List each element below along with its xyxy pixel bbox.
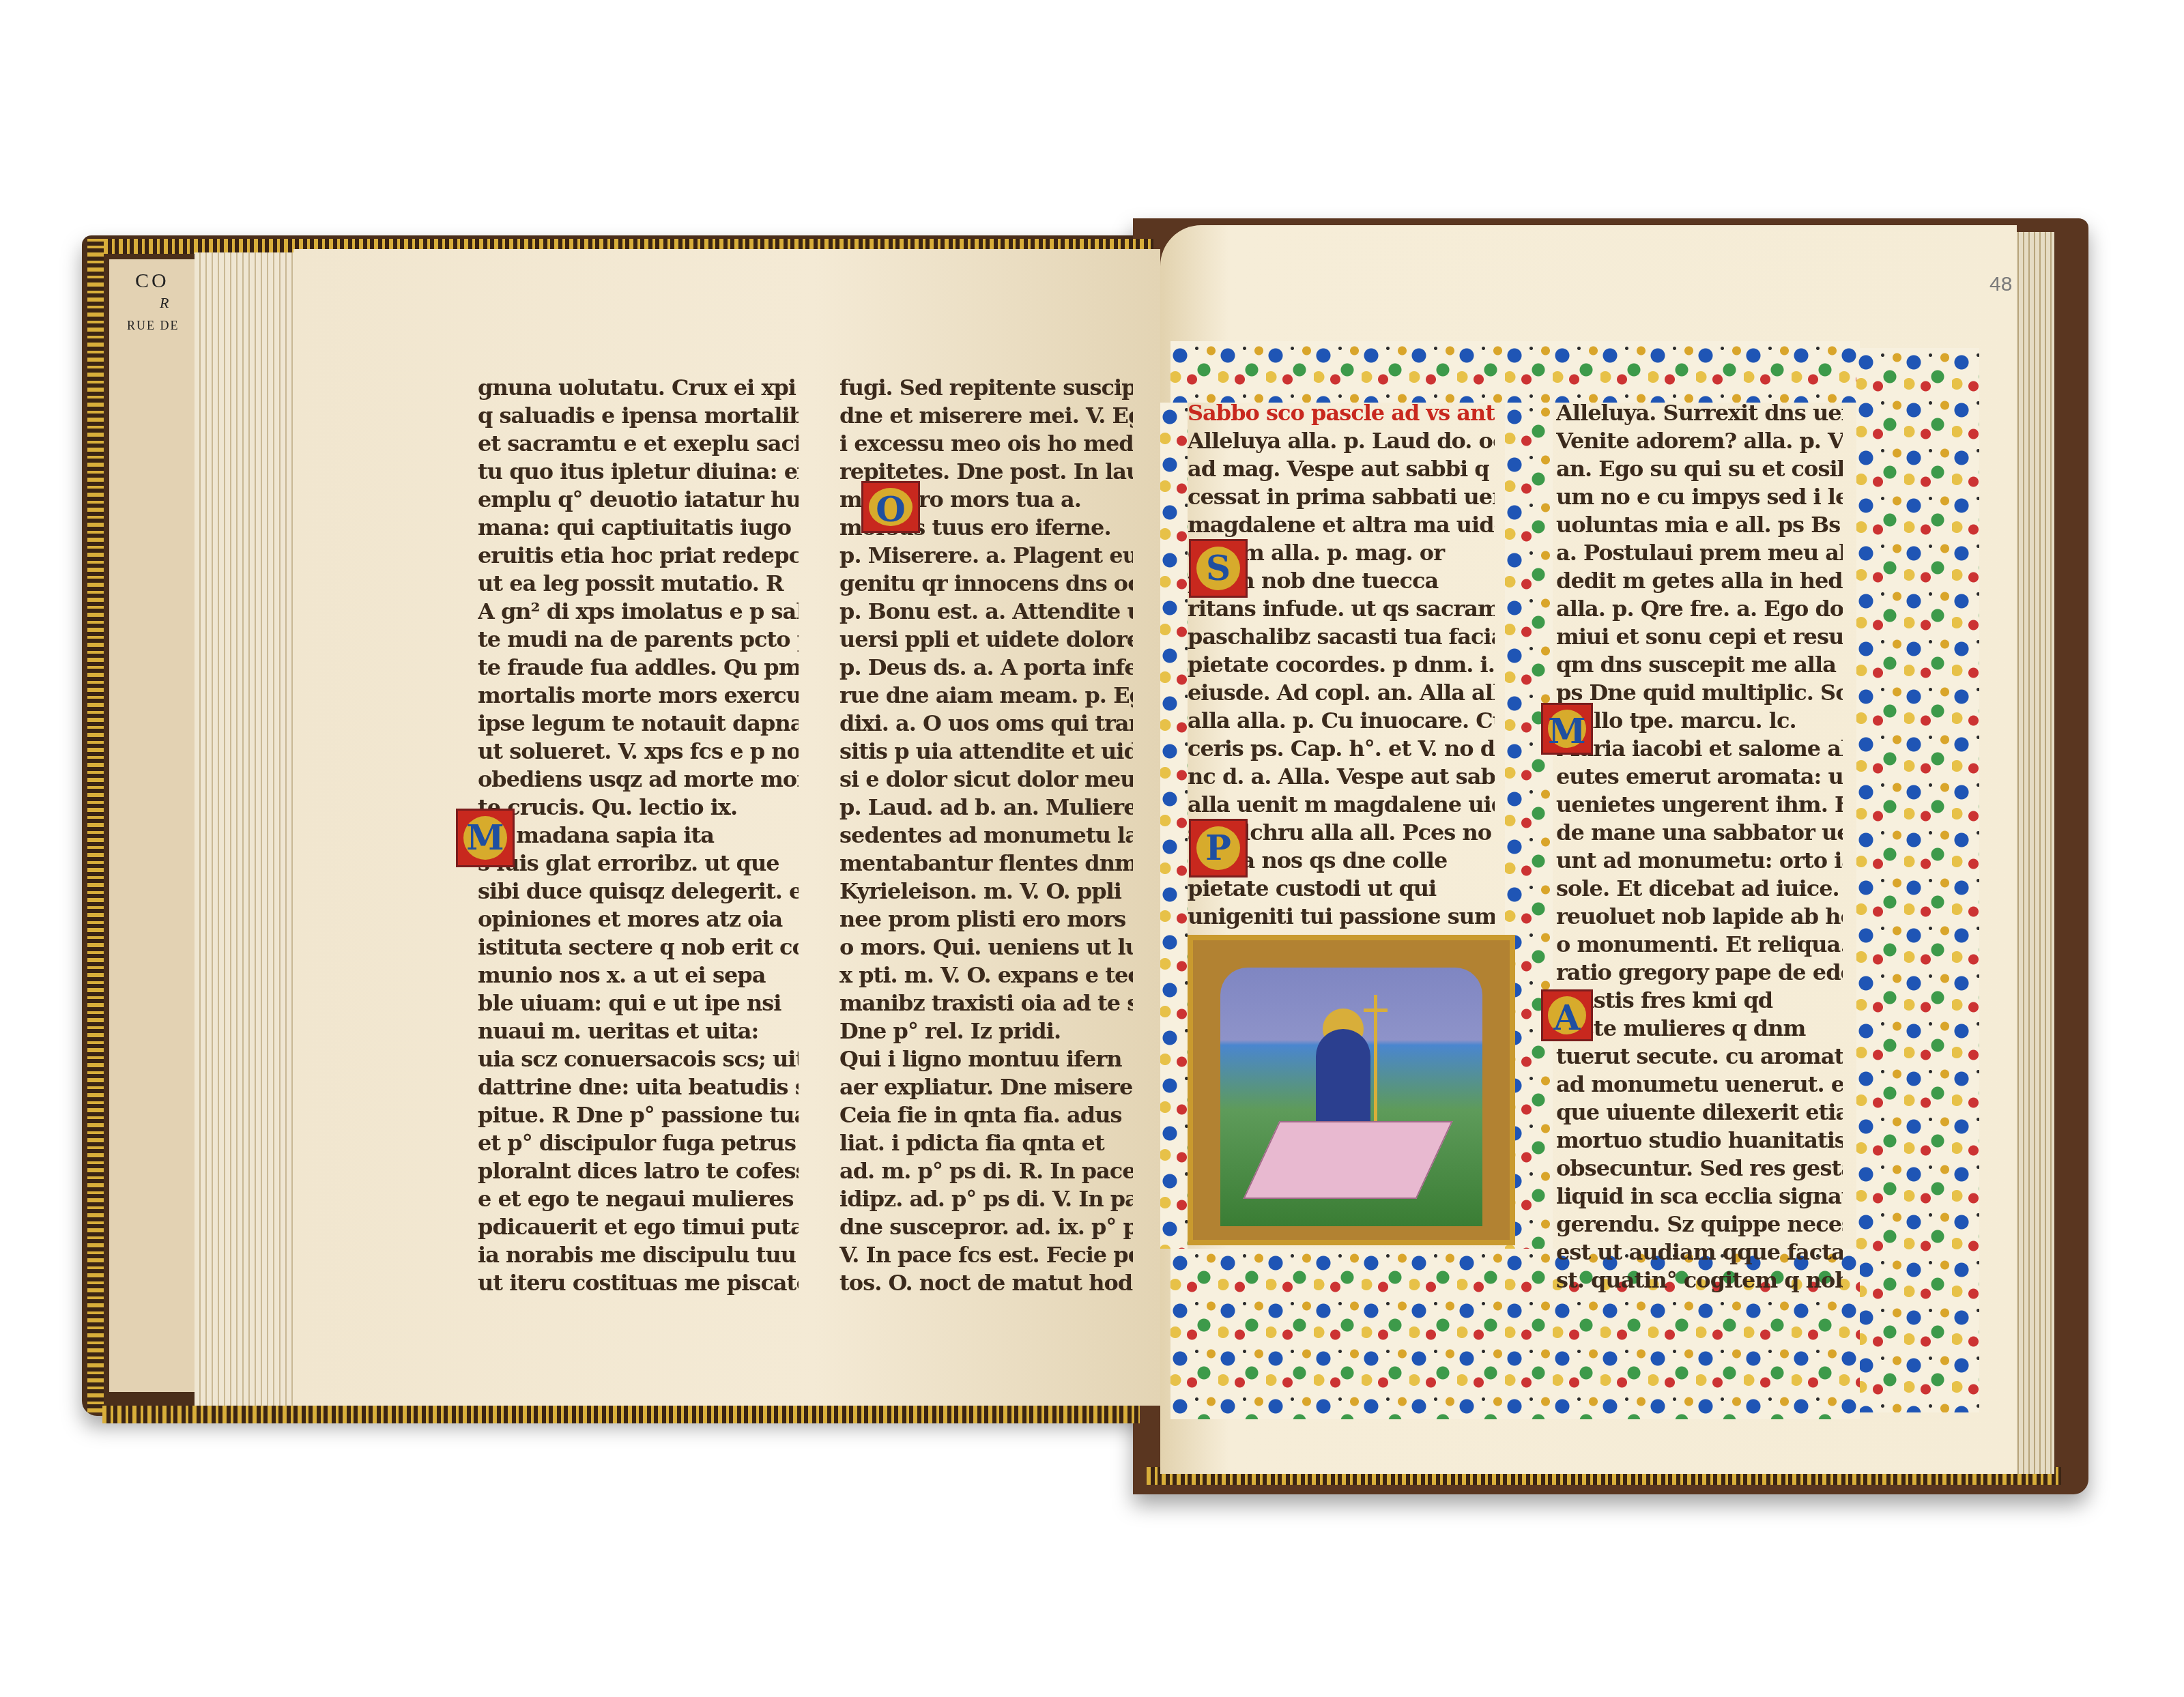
- right-page-column-1: Sabbo sco pascle ad vs antAlleluya alla.…: [1188, 399, 1495, 987]
- floral-border-top: [1170, 341, 1860, 403]
- text-line: dattrine dne: uita beatudis se: [478, 1073, 799, 1101]
- text-line: qm dns suscepit me alla all.: [1556, 651, 1843, 679]
- page-edges-right: [2013, 232, 2054, 1474]
- text-line: tos. O. noct de matut hodie: [839, 1269, 1133, 1297]
- text-line: genitu qr innocens dns occisus e.: [839, 570, 1133, 598]
- text-line: nuaui m. ueritas et uita:: [478, 1017, 799, 1045]
- text-line: tu quo itus ipletur diuina: ex: [478, 458, 799, 486]
- text-line: uenietes ungerent ihm. Et val: [1556, 791, 1843, 819]
- text-line: nee prom plisti ero mors tua: [839, 905, 1133, 933]
- text-line: dne et miserere mei. V. Ego dixi: [839, 402, 1133, 430]
- text-line: um no e cu impys sed i lege do: [1556, 483, 1843, 511]
- text-line: cessat in prima sabbati uenit m: [1188, 483, 1495, 511]
- text-line: fugi. Sed repitente suscipe me: [839, 374, 1133, 402]
- text-line: gerendu. Sz quippe necesse: [1556, 1210, 1843, 1238]
- text-line: Dne p° rel. Iz pridi.: [839, 1017, 1133, 1045]
- text-line: an. Ego su qui su et cosiliu me: [1556, 455, 1843, 483]
- text-line: idipz. ad. p° ps di. V. In pace i: [839, 1185, 1133, 1213]
- decorated-initial-a: A: [1541, 989, 1593, 1041]
- text-line: ps Dne quid multiplic. Scdz: [1556, 679, 1843, 707]
- text-line: nc d. a. Alla. Vespe aut sabbi: [1188, 763, 1495, 791]
- text-line: obsecuntur. Sed res gesta a: [1556, 1155, 1843, 1183]
- text-line: sitis p uia attendite et uidete: [839, 738, 1133, 766]
- text-line: ufi madana sapia ita: [478, 822, 799, 850]
- text-line: de mane una sabbator ueni: [1556, 819, 1843, 847]
- text-line: obediens usqz ad morte morte au: [478, 766, 799, 794]
- decorated-initial-m: M: [456, 809, 515, 867]
- text-line: unigeniti tui passione sum: [1188, 903, 1495, 931]
- text-line: ploralnt dices latro te cofess: [478, 1157, 799, 1185]
- text-line: sole. Et dicebat ad iuice. Qs: [1556, 875, 1843, 903]
- floral-border-left: [1160, 403, 1188, 1249]
- initial-glyph: O: [869, 488, 913, 526]
- binder-label-line3: RUE DE: [127, 319, 179, 333]
- text-line: et sacramtu e et exeplu sacine: [478, 430, 799, 458]
- initial-glyph: A: [1548, 996, 1586, 1034]
- bottom-gilt-border-left: [102, 1406, 1140, 1423]
- binder-label-line2: R: [160, 294, 169, 312]
- text-line: uersi ppli et uidete dolore meu: [839, 626, 1133, 654]
- text-line: si e dolor sicut dolor meus.: [839, 766, 1133, 794]
- text-line: et p° discipulor fuga petrus: [478, 1129, 799, 1157]
- text-line: que uiuente dilexerit etiam: [1556, 1099, 1843, 1127]
- text-line: s luis glat erroribz. ut que: [478, 850, 799, 877]
- text-line: liat. i pdicta fia qnta et: [839, 1129, 1133, 1157]
- text-line: te crucis. Qu. lectio ix.: [478, 794, 799, 822]
- cross-staff-bar: [1364, 1009, 1388, 1012]
- text-line: rue dne aiam meam. p. Ego: [839, 682, 1133, 710]
- binder-label-line1: CO: [135, 270, 169, 293]
- decorated-initial-s: S: [1189, 539, 1248, 598]
- folio-number: 48: [1989, 273, 2012, 296]
- text-line: ad mag. Vespe aut sabbi q lu: [1188, 455, 1495, 483]
- text-line: ble uiuam: qui e ut ipe nsi: [478, 989, 799, 1017]
- text-line: uoluntas mia e all. ps Bs iur;: [1556, 511, 1843, 539]
- text-line: mortuo studio huanitatis: [1556, 1127, 1843, 1155]
- text-line: miui et sonu cepi et resurrexi: [1556, 623, 1843, 651]
- miniature-scene: [1220, 968, 1482, 1226]
- text-line: p. Laud. ad b. an. Mulieres: [839, 794, 1133, 822]
- text-line: A gn² di xps imolatus e p salu: [478, 598, 799, 626]
- text-line: pdicauerit et ego timui putas: [478, 1213, 799, 1241]
- text-line: reuoluet nob lapide ab hosti: [1556, 903, 1843, 931]
- text-line: ad. m. p° ps di. R. In pace i: [839, 1157, 1133, 1185]
- text-line: Sabbo sco pascle ad vs ant: [1188, 399, 1495, 427]
- initial-glyph: P: [1196, 826, 1240, 870]
- left-page-column-1: gnuna uolutatu. Crux ei xpiq saluadis e …: [478, 374, 799, 1297]
- decorated-initial-p: P: [1189, 819, 1248, 877]
- text-line: ut ea leg possit mutatio. R: [478, 570, 799, 598]
- text-line: mana: qui captiuitatis iugo: [478, 514, 799, 542]
- text-line: x pti. m. V. O. expans e tecer: [839, 961, 1133, 989]
- text-line: alla. p. Qre fre. a. Ego dor: [1556, 595, 1843, 623]
- text-line: gnuna uolutatu. Crux ei xpi: [478, 374, 799, 402]
- text-line: Alleluya. Surrexit dns uere: [1556, 399, 1843, 427]
- text-line: ipse legum te notauit dapna lig: [478, 710, 799, 738]
- text-line: o monumenti. Et reliqua. O: [1556, 931, 1843, 959]
- text-line: Venite adorem? alla. p. Venite.: [1556, 427, 1843, 455]
- text-line: Maria iacobi et salome ab: [1556, 735, 1843, 763]
- floral-border-right: [1856, 348, 1979, 1412]
- text-line: mentabantur flentes dnm.: [839, 850, 1133, 877]
- text-line: magdalene et altra ma uide sepl: [1188, 511, 1495, 539]
- text-line: sibi duce quisqz delegerit. et: [478, 877, 799, 905]
- text-line: munio nos x. a ut ei sepa: [478, 961, 799, 989]
- text-line: p. Deus ds. a. A porta inferi er: [839, 654, 1133, 682]
- text-line: ceris ps. Cap. h°. et V. no di. ad: [1188, 735, 1495, 763]
- text-line: ad monumetu uenerut. et ei: [1556, 1071, 1843, 1099]
- text-line: st. quatin° cogitem q nob: [1556, 1266, 1843, 1294]
- initial-glyph: M: [463, 816, 507, 860]
- text-line: alla uenit m magdalene uidere: [1188, 791, 1495, 819]
- text-line: p. Miserere. a. Plagent eu qi uni: [839, 542, 1133, 570]
- text-line: udistis fres kmi qd: [1556, 987, 1843, 1015]
- text-line: te mudi na de parents pcto plas: [478, 626, 799, 654]
- text-line: ratio gregory pape de ede lecc.: [1556, 959, 1843, 987]
- text-line: dixi. a. O uos oms qui tran: [839, 710, 1133, 738]
- text-line: Kyrieleison. m. V. O. ppli: [839, 877, 1133, 905]
- text-line: ut solueret. V. xps fcs e p nob: [478, 738, 799, 766]
- text-line: emplu q° deuotio iatatur hu: [478, 486, 799, 514]
- text-line: mortalis morte mors exercuit: [478, 682, 799, 710]
- text-line: pietate custodi ut qui: [1188, 875, 1495, 903]
- text-line: e et ego te negaui mulieres te: [478, 1185, 799, 1213]
- text-line: in illo tpe. marcu. lc.: [1556, 707, 1843, 735]
- text-line: paschalibz sacasti tua facias: [1188, 623, 1495, 651]
- text-line: ut iteru costituas me piscatore: [478, 1269, 799, 1297]
- text-line: uia scz conuersacois scs; uitas: [478, 1045, 799, 1073]
- decorated-initial-o: O: [861, 481, 920, 533]
- text-line: eruitis etia hoc priat redepco;: [478, 542, 799, 570]
- text-line: liquid in sca ecclia signat.: [1556, 1183, 1843, 1210]
- text-line: eiusde. Ad copl. an. Alla alla: [1188, 679, 1495, 707]
- text-line: alla alla. p. Cu inuocare. Cu: [1188, 707, 1495, 735]
- page-edges-left: [195, 252, 297, 1406]
- text-line: ritans infude. ut qs sacrametis: [1188, 595, 1495, 623]
- resurrection-miniature: The Resurrection: Christ rising from the…: [1188, 935, 1515, 1245]
- text-line: q saluadis e ipensa mortalibz: [478, 402, 799, 430]
- right-page-column-2: Alleluya. Surrexit dns uereVenite adorem…: [1556, 399, 1843, 1294]
- text-line: a. Postulaui prem meu alla: [1556, 539, 1843, 567]
- text-line: manibz traxisti oia ad te scd.: [839, 989, 1133, 1017]
- pink-tomb: [1243, 1121, 1452, 1199]
- text-line: sedentes ad monumetu la: [839, 822, 1133, 850]
- text-line: ia norabis me discipulu tuu: [478, 1241, 799, 1269]
- text-line: Qui i ligno montuu ifern: [839, 1045, 1133, 1073]
- text-line: i excessu meo ois ho medax. Sz: [839, 430, 1133, 458]
- text-line: aer expliatur. Dne miserere: [839, 1073, 1133, 1101]
- text-line: pietate cocordes. p dnm. i. uni: [1188, 651, 1495, 679]
- text-line: secte mulieres q dnm: [1556, 1015, 1843, 1043]
- text-line: pitue. R Dne p° passione tua: [478, 1101, 799, 1129]
- text-line: unt ad monumetu: orto ia: [1556, 847, 1843, 875]
- text-line: istituta sectere q nob erit co: [478, 933, 799, 961]
- text-line: tuerut secute. cu aromatibz: [1556, 1043, 1843, 1071]
- left-gilt-border: [87, 239, 104, 1412]
- initial-glyph: S: [1196, 547, 1240, 590]
- text-line: Ceia fie in qnta fia. adus: [839, 1101, 1133, 1129]
- decorated-initial-m-right: M: [1541, 703, 1593, 755]
- text-line: eutes emerut aromata: ut: [1556, 763, 1843, 791]
- text-line: te fraude fua addles. Qu pmu: [478, 654, 799, 682]
- text-line: p. Bonu est. a. Attendite uni: [839, 598, 1133, 626]
- text-line: dedit m getes alla in heditate: [1556, 567, 1843, 595]
- text-line: o mors. Qui. ueniens ut lup: [839, 933, 1133, 961]
- text-line: opiniones et mores atz oia: [478, 905, 799, 933]
- initial-glyph: M: [1548, 710, 1586, 748]
- text-line: est ut audiam qque facta: [1556, 1238, 1843, 1266]
- text-line: Alleluya alla. p. Laud do. ocs gs.: [1188, 427, 1495, 455]
- text-line: dne suscepror. ad. ix. p° ps.: [839, 1213, 1133, 1241]
- text-line: V. In pace fcs est. Fecie pdic: [839, 1241, 1133, 1269]
